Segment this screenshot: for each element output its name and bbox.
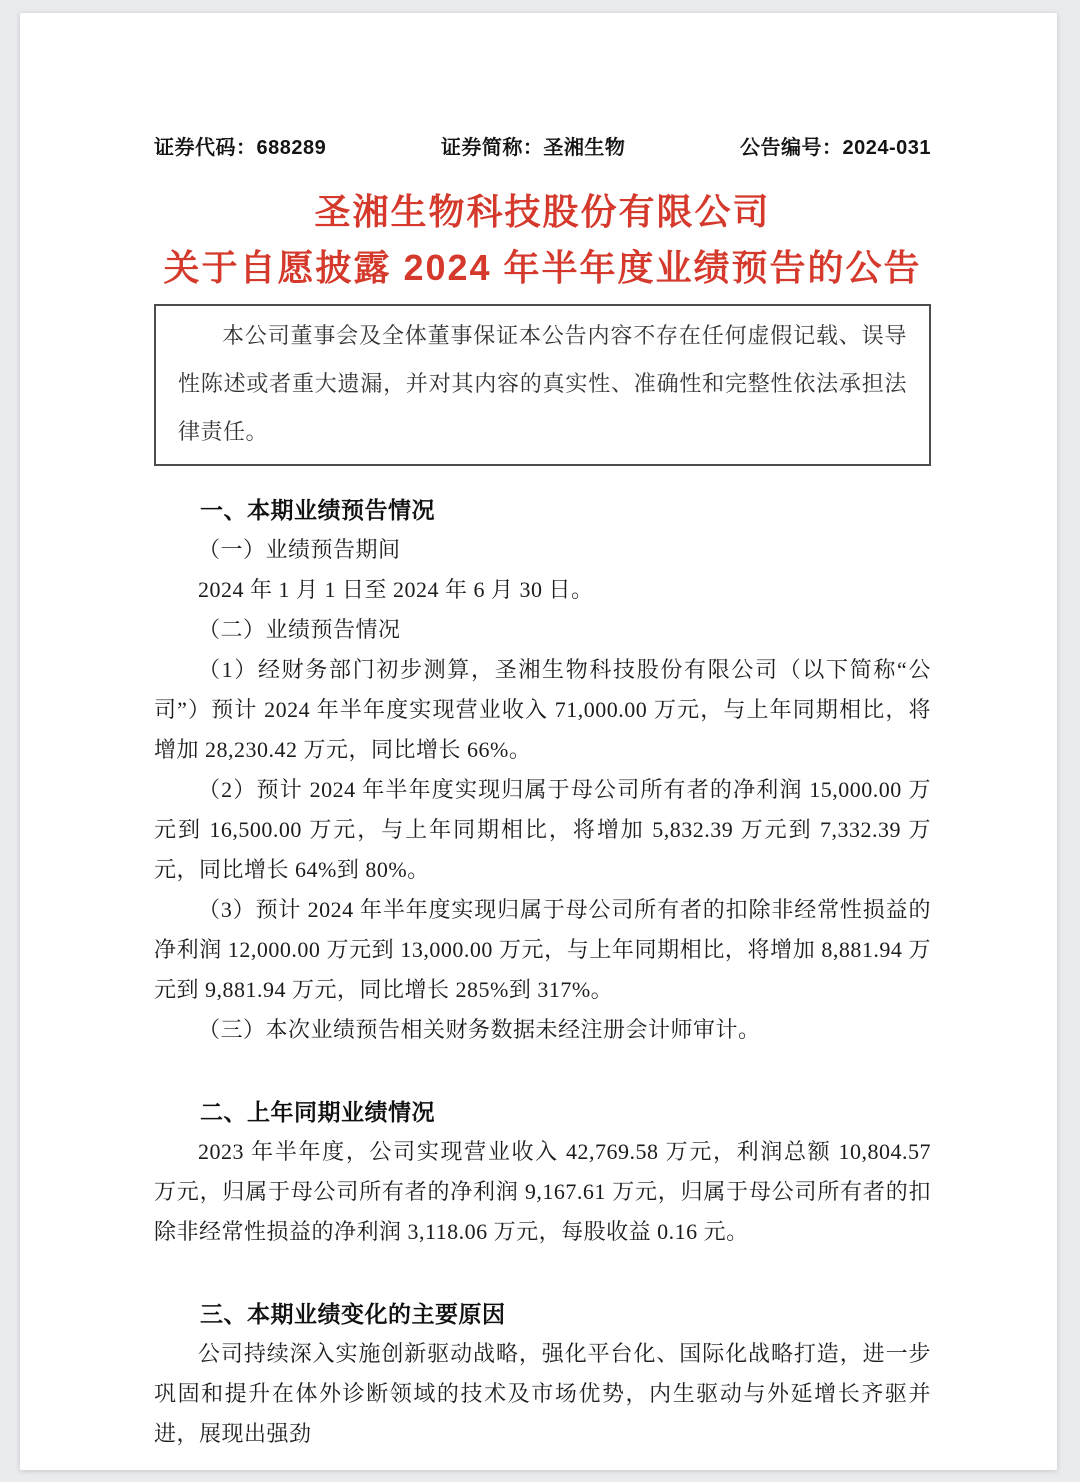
stock-name: 证券简称：圣湘生物	[441, 131, 626, 160]
paragraph: （1）经财务部门初步测算，圣湘生物科技股份有限公司（以下简称“公司”）预计 20…	[154, 650, 931, 770]
section-heading: 二、上年同期业绩情况	[154, 1092, 931, 1132]
title-line-2: 关于自愿披露 2024 年半年度业绩预告的公告	[154, 240, 931, 296]
section-current-forecast: 一、本期业绩预告情况 （一）业绩预告期间 2024 年 1 月 1 日至 202…	[154, 490, 931, 1050]
paragraph: （2）预计 2024 年半年度实现归属于母公司所有者的净利润 15,000.00…	[154, 770, 931, 890]
announcement-page: 证券代码：688289 证券简称：圣湘生物 公告编号：2024-031 圣湘生物…	[20, 13, 1057, 1470]
title-line-1: 圣湘生物科技股份有限公司	[154, 184, 931, 240]
stock-code: 证券代码：688289	[154, 131, 326, 160]
paragraph: 2023 年半年度，公司实现营业收入 42,769.58 万元，利润总额 10,…	[154, 1132, 931, 1252]
section-heading: 三、本期业绩变化的主要原因	[154, 1294, 931, 1334]
section-heading: 一、本期业绩预告情况	[154, 490, 931, 530]
disclaimer-text: 本公司董事会及全体董事保证本公告内容不存在任何虚假记载、误导性陈述或者重大遗漏，…	[178, 323, 907, 444]
doc-title: 圣湘生物科技股份有限公司 关于自愿披露 2024 年半年度业绩预告的公告	[154, 184, 931, 296]
doc-header: 证券代码：688289 证券简称：圣湘生物 公告编号：2024-031	[154, 131, 931, 160]
disclaimer-box: 本公司董事会及全体董事保证本公告内容不存在任何虚假记载、误导性陈述或者重大遗漏，…	[154, 304, 931, 466]
paragraph: （3）预计 2024 年半年度实现归属于母公司所有者的扣除非经常性损益的净利润 …	[154, 890, 931, 1010]
paragraph: 2024 年 1 月 1 日至 2024 年 6 月 30 日。	[154, 570, 931, 610]
paragraph: 公司持续深入实施创新驱动战略，强化平台化、国际化战略打造，进一步巩固和提升在体外…	[154, 1334, 931, 1454]
paragraph: （一）业绩预告期间	[154, 530, 931, 570]
paragraph: （三）本次业绩预告相关财务数据未经注册会计师审计。	[154, 1010, 931, 1050]
paragraph: （二）业绩预告情况	[154, 610, 931, 650]
announcement-number: 公告编号：2024-031	[740, 131, 931, 160]
section-prior-year: 二、上年同期业绩情况 2023 年半年度，公司实现营业收入 42,769.58 …	[154, 1092, 931, 1252]
section-change-reasons: 三、本期业绩变化的主要原因 公司持续深入实施创新驱动战略，强化平台化、国际化战略…	[154, 1294, 931, 1454]
